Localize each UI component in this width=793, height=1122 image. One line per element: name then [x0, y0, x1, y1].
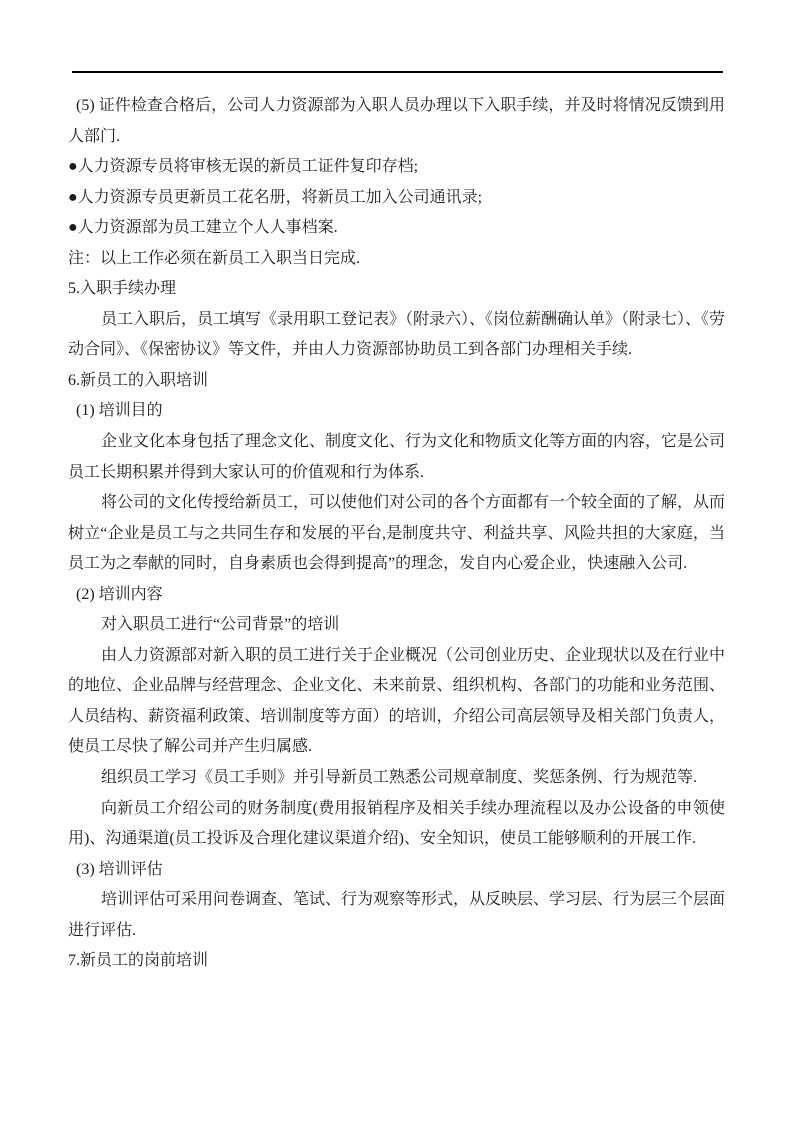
header-rule-divider [72, 71, 723, 73]
section-heading-5: 5.入职手续办理 [68, 274, 725, 305]
subsection-2-heading: (2) 培训内容 [68, 580, 725, 611]
subsection-3-heading: (3) 培训评估 [68, 855, 725, 886]
document-page: (5) 证件检查合格后，公司人力资源部为入职人员办理以下入职手续，并及时将情况反… [0, 0, 793, 1122]
section-heading-7: 7.新员工的岗前培训 [68, 946, 725, 977]
paragraph: 由人力资源部对新入职的员工进行关于企业概况（公司创业历史、企业现状以及在行业中的… [68, 641, 725, 763]
paragraph: 培训评估可采用问卷调查、笔试、行为观察等形式，从反映层、学习层、行为层三个层面进… [68, 885, 725, 946]
document-body: (5) 证件检查合格后，公司人力资源部为入职人员办理以下入职手续，并及时将情况反… [68, 91, 725, 977]
bullet-item: ●人力资源部为员工建立个人人事档案. [68, 213, 725, 244]
note-line: 注：以上工作必须在新员工入职当日完成. [68, 244, 725, 275]
paragraph: 将公司的文化传授给新员工，可以使他们对公司的各个方面都有一个较全面的了解，从而树… [68, 488, 725, 580]
paragraph: 向新员工介绍公司的财务制度(费用报销程序及相关手续办理流程以及办公设备的申领使用… [68, 794, 725, 855]
clause-5-paragraph: (5) 证件检查合格后，公司人力资源部为入职人员办理以下入职手续，并及时将情况反… [68, 91, 725, 152]
paragraph: 企业文化本身包括了理念文化、制度文化、行为文化和物质文化等方面的内容，它是公司员… [68, 427, 725, 488]
subsection-1-heading: (1) 培训目的 [68, 396, 725, 427]
bullet-item: ●人力资源专员更新员工花名册，将新员工加入公司通讯录; [68, 183, 725, 214]
bullet-item: ●人力资源专员将审核无误的新员工证件复印存档; [68, 152, 725, 183]
paragraph: 组织员工学习《员工手则》并引导新员工熟悉公司规章制度、奖惩条例、行为规范等. [68, 763, 725, 794]
section-heading-6: 6.新员工的入职培训 [68, 366, 725, 397]
paragraph: 员工入职后，员工填写《录用职工登记表》（附录六）、《岗位薪酬确认单》（附录七）、… [68, 305, 725, 366]
paragraph: 对入职员工进行“公司背景”的培训 [68, 610, 725, 641]
